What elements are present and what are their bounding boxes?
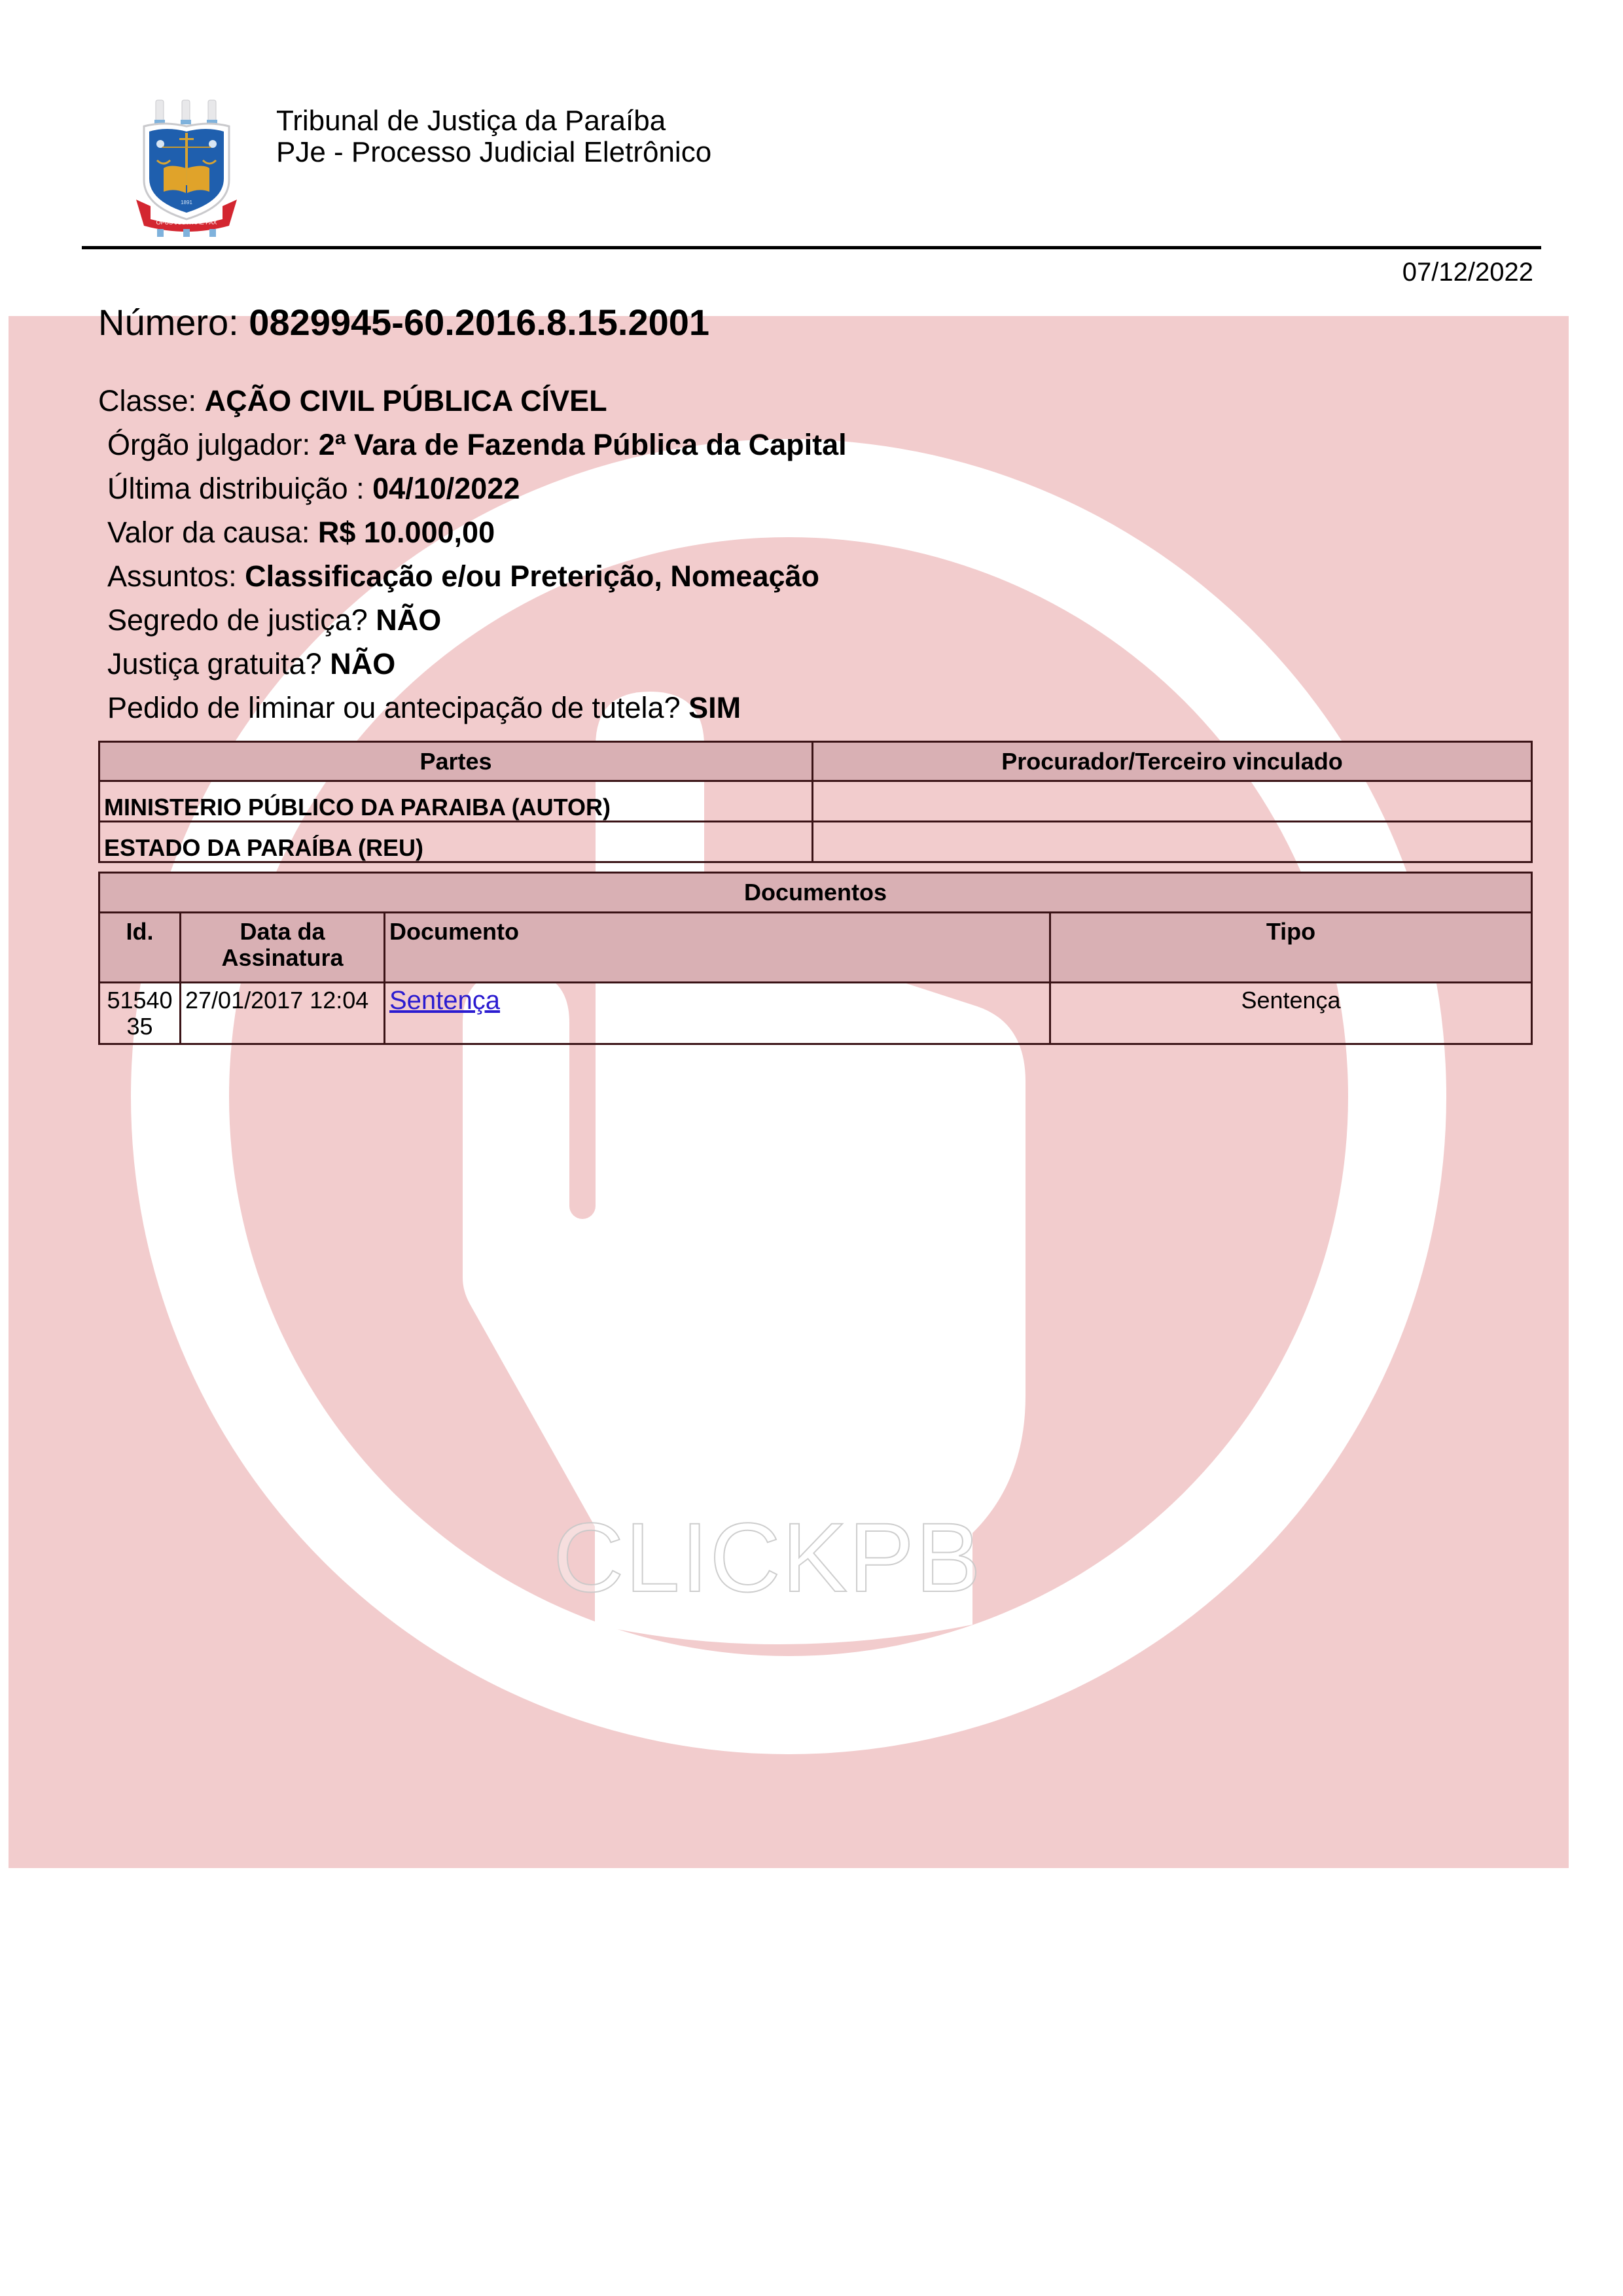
document-id: 5154035 — [99, 983, 181, 1044]
print-date: 07/12/2022 — [1402, 256, 1533, 288]
field-justica-gratuita: Justiça gratuita? NÃO — [107, 646, 395, 682]
partes-header: Partes — [99, 742, 813, 781]
document-type: Sentença — [1050, 983, 1532, 1044]
procurador-header: Procurador/Terceiro vinculado — [813, 742, 1532, 781]
field-valor-causa: Valor da causa: R$ 10.000,00 — [107, 515, 495, 550]
table-row: ESTADO DA PARAÍBA (REU) — [99, 822, 1532, 862]
document-page: 1891 OPUS JUSTITIAE PAX Tribunal de Just… — [0, 0, 1623, 2296]
field-assuntos: Assuntos: Classificação e/ou Preterição,… — [107, 559, 819, 594]
document-cell: Sentença — [385, 983, 1050, 1044]
partes-table: Partes Procurador/Terceiro vinculado MIN… — [98, 741, 1533, 863]
parte-name: ESTADO DA PARAÍBA (REU) — [99, 822, 813, 862]
court-coat-of-arms-icon: 1891 OPUS JUSTITIAE PAX — [131, 95, 242, 242]
documentos-header-row: Id. Data da Assinatura Documento Tipo — [99, 913, 1532, 983]
documentos-table: Documentos Id. Data da Assinatura Docume… — [98, 872, 1533, 1045]
tipo-header: Tipo — [1050, 913, 1532, 983]
process-number: Número: 0829945-60.2016.8.15.2001 — [98, 301, 709, 344]
svg-text:OPUS JUSTITIAE PAX: OPUS JUSTITIAE PAX — [156, 219, 217, 226]
court-name: Tribunal de Justiça da Paraíba — [276, 105, 666, 137]
svg-text:1891: 1891 — [181, 200, 192, 205]
field-classe: Classe: AÇÃO CIVIL PÚBLICA CÍVEL — [98, 383, 607, 419]
field-pedido-liminar: Pedido de liminar ou antecipação de tute… — [107, 690, 741, 726]
watermark-text: CLICKPB — [553, 1505, 982, 1610]
process-number-label: Número: — [98, 302, 239, 343]
procurador-cell — [813, 781, 1532, 822]
data-assinatura-header: Data da Assinatura — [181, 913, 385, 983]
table-row: MINISTERIO PÚBLICO DA PARAIBA (AUTOR) — [99, 781, 1532, 822]
documentos-title-row: Documentos — [99, 873, 1532, 913]
field-ultima-distribuicao: Última distribuição : 04/10/2022 — [107, 471, 520, 506]
procurador-cell — [813, 822, 1532, 862]
header-divider — [82, 246, 1541, 249]
table-row: 5154035 27/01/2017 12:04 Sentença Senten… — [99, 983, 1532, 1044]
documento-header: Documento — [385, 913, 1050, 983]
field-orgao-julgador: Órgão julgador: 2ª Vara de Fazenda Públi… — [107, 427, 847, 463]
document-link[interactable]: Sentença — [389, 986, 500, 1015]
partes-header-row: Partes Procurador/Terceiro vinculado — [99, 742, 1532, 781]
parte-name: MINISTERIO PÚBLICO DA PARAIBA (AUTOR) — [99, 781, 813, 822]
system-name: PJe - Processo Judicial Eletrônico — [276, 136, 711, 169]
documentos-title: Documentos — [99, 873, 1532, 913]
id-header: Id. — [99, 913, 181, 983]
process-number-value: 0829945-60.2016.8.15.2001 — [249, 302, 709, 343]
field-segredo-justica: Segredo de justiça? NÃO — [107, 603, 441, 638]
document-signed-date: 27/01/2017 12:04 — [181, 983, 385, 1044]
